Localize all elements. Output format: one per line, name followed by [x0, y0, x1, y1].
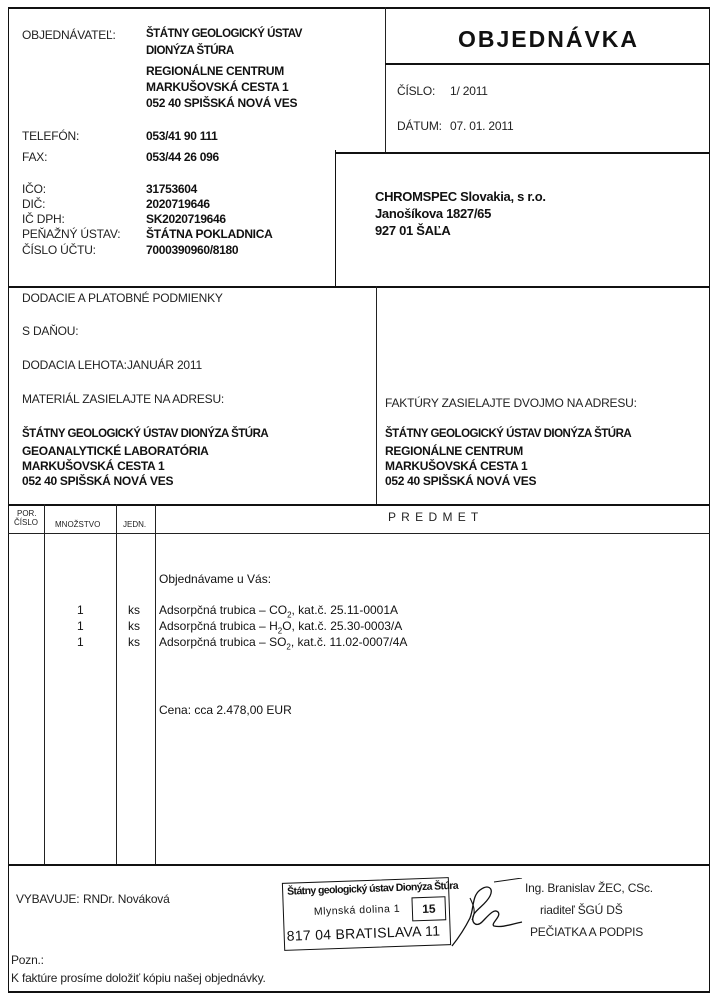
- signer-title: riaditeľ ŠGÚ DŠ: [540, 903, 623, 917]
- tax-label: S DAŇOU:: [22, 324, 78, 338]
- dic-value: 2020719646: [146, 197, 210, 211]
- table-header-bottom: [8, 533, 710, 534]
- col-line-1: [44, 504, 45, 864]
- frame-right: [709, 7, 710, 992]
- invoice-address-2: REGIONÁLNE CENTRUM: [385, 444, 523, 458]
- phone-label: TELEFÓN:: [22, 129, 79, 143]
- orderer-name-4: MARKUŠOVSKÁ CESTA 1: [146, 80, 288, 94]
- frame-top: [8, 7, 710, 9]
- account-label: ČÍSLO ÚČTU:: [22, 243, 96, 257]
- date-label: DÁTUM:: [397, 119, 442, 133]
- orderer-name-3: REGIONÁLNE CENTRUM: [146, 64, 284, 78]
- vat-value: SK2020719646: [146, 212, 226, 226]
- header-quantity: MNOŽSTVO: [55, 520, 100, 529]
- bank-value: ŠTÁTNA POKLADNICA: [146, 227, 272, 241]
- note-label: Pozn.:: [11, 953, 44, 967]
- ico-label: IČO:: [22, 182, 46, 196]
- handler-label: VYBAVUJE:: [16, 892, 79, 906]
- stamp-line-1: Štátny geologický ústav Dionýza Štúra: [287, 880, 458, 898]
- header-unit: JEDN.: [123, 520, 146, 529]
- frame-bottom: [8, 991, 710, 993]
- signer-name: Ing. Branislav ŽEC, CSc.: [525, 881, 653, 895]
- official-stamp: Štátny geologický ústav Dionýza Štúra Ml…: [282, 877, 451, 951]
- supplier-box-left: [335, 150, 336, 286]
- delivery-label: DODACIA LEHOTA:: [22, 358, 127, 372]
- item-2-unit: ks: [128, 619, 140, 633]
- fax-label: FAX:: [22, 150, 47, 164]
- dic-label: DIČ:: [22, 197, 45, 211]
- signature-label: PEČIATKA A PODPIS: [530, 925, 643, 939]
- item-1-unit: ks: [128, 603, 140, 617]
- stamp-line-3: 817 04 BRATISLAVA 11: [286, 922, 440, 943]
- title-box-bottom: [385, 63, 709, 65]
- material-label: MATERIÁL ZASIELAJTE NA ADRESU:: [22, 392, 224, 406]
- account-value: 7000390960/8180: [146, 243, 238, 257]
- frame-left: [8, 7, 9, 992]
- fax-value: 053/44 26 096: [146, 150, 219, 164]
- invoice-label: FAKTÚRY ZASIELAJTE DVOJMO NA ADRESU:: [385, 396, 637, 410]
- material-address-3: MARKUŠOVSKÁ CESTA 1: [22, 459, 164, 473]
- vat-label: IČ DPH:: [22, 212, 65, 226]
- stamp-number: 15: [411, 896, 446, 921]
- conditions-title: DODACIE A PLATOBNÉ PODMIENKY: [22, 291, 223, 305]
- header-por-2: ČÍSLO: [14, 518, 38, 527]
- orderer-name-2: DIONÝZA ŠTÚRA: [146, 45, 234, 57]
- header-subject: P R E D M E T: [388, 510, 479, 524]
- table-bottom: [8, 864, 710, 866]
- invoice-address-1: ŠTÁTNY GEOLOGICKÝ ÚSTAV DIONÝZA ŠTÚRA: [385, 428, 631, 440]
- supplier-line-3: 927 01 ŠAĽA: [375, 223, 450, 238]
- number-value: 1/ 2011: [450, 84, 488, 98]
- item-1-description: Adsorpčná trubica – CO2, kat.č. 25.11-00…: [159, 603, 398, 619]
- orderer-label: OBJEDNÁVATEĽ:: [22, 28, 116, 42]
- supplier-line-1: CHROMSPEC Slovakia, s r.o.: [375, 189, 546, 204]
- conditions-top: [8, 286, 710, 288]
- invoice-address-3: MARKUŠOVSKÁ CESTA 1: [385, 459, 527, 473]
- document-title: OBJEDNÁVKA: [458, 26, 639, 53]
- col-line-2: [116, 504, 117, 864]
- orderer-name-5: 052 40 SPIŠSKÁ NOVÁ VES: [146, 96, 297, 110]
- material-address-1: ŠTÁTNY GEOLOGICKÝ ÚSTAV DIONÝZA ŠTÚRA: [22, 428, 268, 440]
- header-por-1: POR.: [17, 509, 37, 518]
- item-3-unit: ks: [128, 635, 140, 649]
- signature-icon: [450, 878, 525, 950]
- number-label: ČÍSLO:: [397, 84, 435, 98]
- orderer-name-1: ŠTÁTNY GEOLOGICKÝ ÚSTAV: [146, 28, 302, 40]
- price-total: Cena: cca 2.478,00 EUR: [159, 703, 292, 717]
- bank-label: PEŇAŽNÝ ÚSTAV:: [22, 227, 120, 241]
- stamp-line-2: Mlynská dolina 1: [314, 903, 401, 918]
- col-line-3: [155, 504, 156, 864]
- handler-value: RNDr. Nováková: [83, 892, 170, 906]
- table-top: [8, 504, 710, 506]
- delivery-value: JANUÁR 2011: [127, 358, 202, 372]
- date-value: 07. 01. 2011: [450, 119, 513, 133]
- conditions-split: [376, 286, 377, 504]
- item-3-description: Adsorpčná trubica – SO2, kat.č. 11.02-00…: [159, 635, 407, 651]
- item-2-quantity: 1: [77, 619, 84, 633]
- title-box-left: [385, 7, 386, 152]
- material-address-2: GEOANALYTICKÉ LABORATÓRIA: [22, 444, 209, 458]
- material-address-4: 052 40 SPIŠSKÁ NOVÁ VES: [22, 474, 173, 488]
- supplier-line-2: Janošíkova 1827/65: [375, 206, 491, 221]
- phone-value: 053/41 90 111: [146, 129, 218, 143]
- item-3-quantity: 1: [77, 635, 84, 649]
- supplier-box-top: [335, 152, 709, 154]
- item-2-description: Adsorpčná trubica – H2O, kat.č. 25.30-00…: [159, 619, 402, 635]
- ico-value: 31753604: [146, 182, 197, 196]
- order-intro: Objednávame u Vás:: [159, 572, 271, 586]
- item-1-quantity: 1: [77, 603, 84, 617]
- invoice-address-4: 052 40 SPIŠSKÁ NOVÁ VES: [385, 474, 536, 488]
- note-text: K faktúre prosíme doložiť kópiu našej ob…: [11, 971, 266, 985]
